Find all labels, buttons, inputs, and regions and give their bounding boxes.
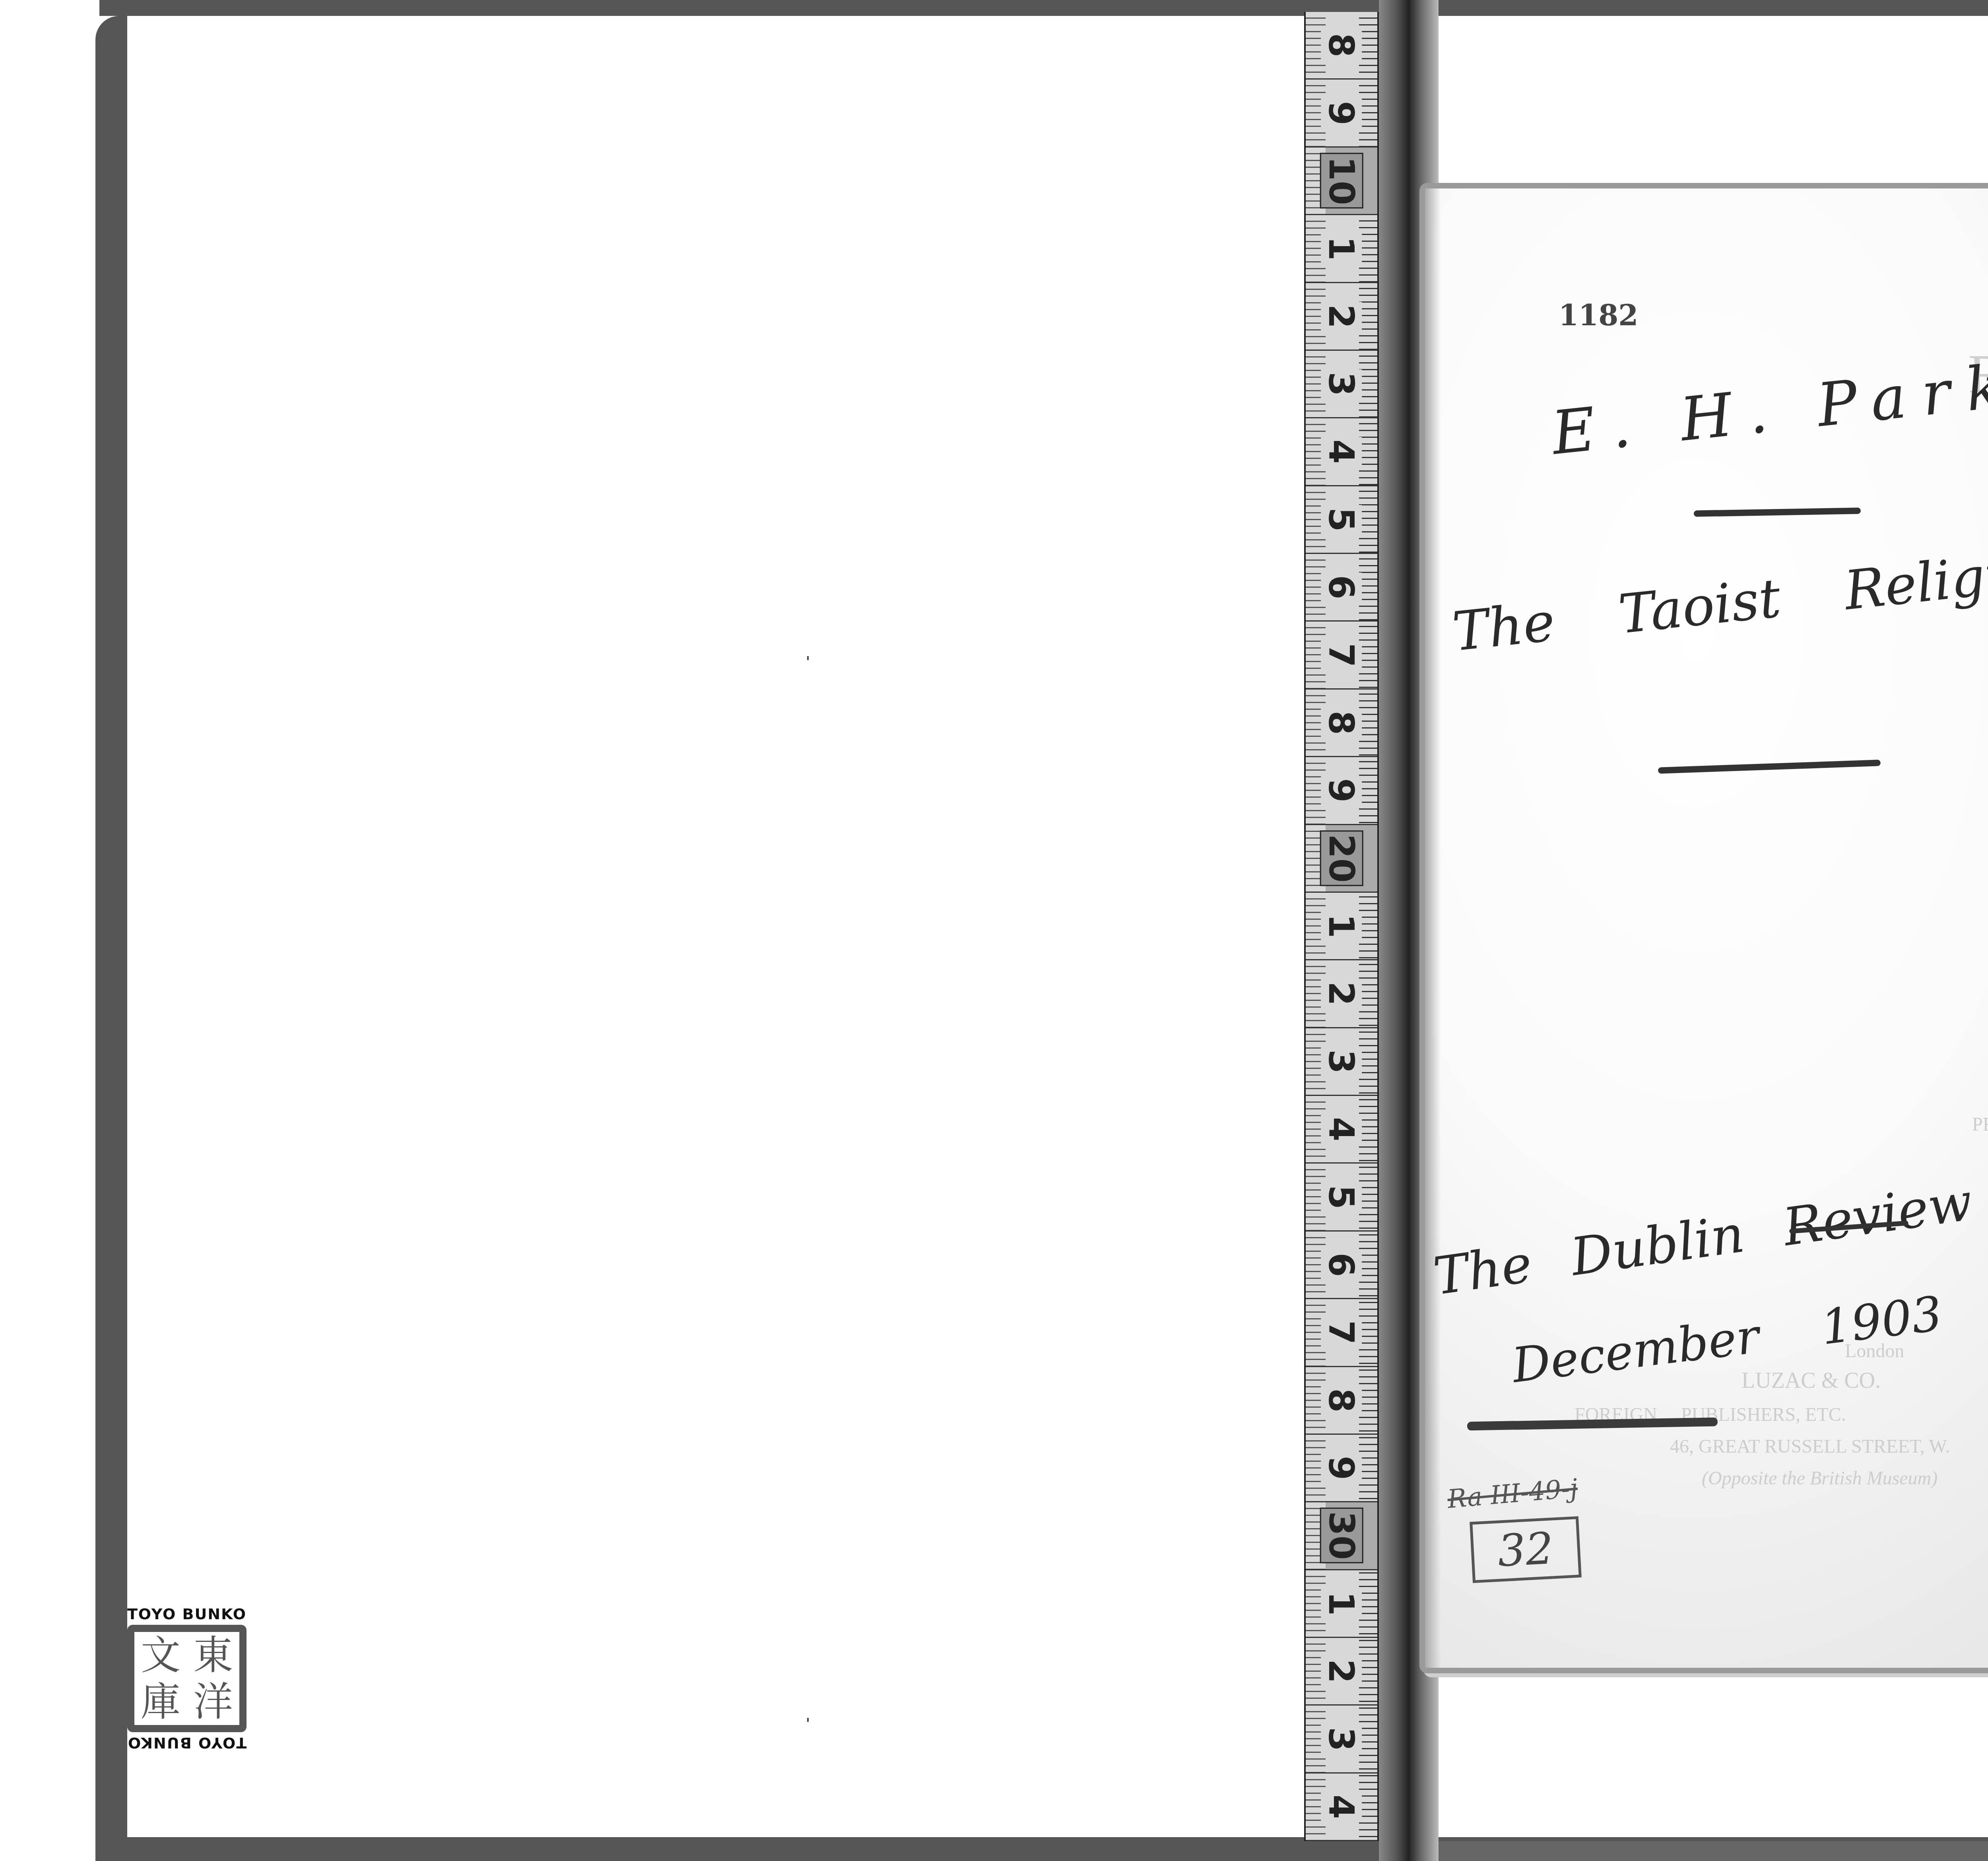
ruler-number: 7 bbox=[1321, 1318, 1362, 1347]
ruler-number: 1 bbox=[1321, 911, 1362, 940]
ruler-number: 8 bbox=[1321, 1386, 1362, 1415]
stamp-label-bottom: TOYO BUNKO bbox=[127, 1735, 247, 1750]
ruler-mark: 30 bbox=[1306, 1502, 1377, 1570]
ruler-number: 10 bbox=[1320, 153, 1363, 208]
ruler-mark: 8 bbox=[1306, 1367, 1377, 1435]
left-blank-page bbox=[131, 16, 1304, 1833]
ruler-number: 2 bbox=[1321, 302, 1362, 331]
ruler-mark: 1 bbox=[1306, 1570, 1377, 1638]
ruler-number: 9 bbox=[1321, 98, 1362, 127]
ruler-number: 8 bbox=[1321, 708, 1362, 737]
ruler-mark: 7 bbox=[1306, 1299, 1377, 1367]
ruler-mark: 1 bbox=[1306, 893, 1377, 960]
ruler-mark: 4 bbox=[1306, 1096, 1377, 1164]
ruler-number: 2 bbox=[1321, 979, 1362, 1008]
ruler-mark: 2 bbox=[1306, 960, 1377, 1028]
measuring-ruler: 891012345678920123456789301234 bbox=[1304, 12, 1379, 1841]
scan-border-bottom-right bbox=[1423, 1841, 1988, 1861]
faint-printed-publisher: LUZAC & CO. bbox=[1741, 1368, 1881, 1393]
ruler-number: 4 bbox=[1321, 437, 1362, 466]
ruler-number: 3 bbox=[1321, 369, 1362, 398]
ruler-mark: 3 bbox=[1306, 1706, 1377, 1773]
ruler-mark: 9 bbox=[1306, 1435, 1377, 1502]
ruler-number: 6 bbox=[1321, 573, 1362, 602]
ruler-number: 9 bbox=[1321, 776, 1362, 805]
ruler-number: 6 bbox=[1321, 1250, 1362, 1279]
ruler-mark: 5 bbox=[1306, 486, 1377, 554]
ruler-number: 5 bbox=[1321, 1182, 1362, 1211]
cover-edge-shadow bbox=[1425, 188, 1441, 1668]
ruler-mark: 10 bbox=[1306, 148, 1377, 215]
ruler-mark: 2 bbox=[1306, 283, 1377, 351]
ruler-mark: 1 bbox=[1306, 215, 1377, 283]
ruler-number: 8 bbox=[1321, 31, 1362, 60]
scan-border-top bbox=[99, 0, 1988, 16]
ruler-mark: 9 bbox=[1306, 80, 1377, 147]
ruler-number: 30 bbox=[1320, 1508, 1363, 1564]
ruler-mark: 4 bbox=[1306, 418, 1377, 486]
accession-number: 1182 bbox=[1559, 298, 1638, 332]
ruler-mark: 6 bbox=[1306, 1232, 1377, 1299]
scan-border-left bbox=[95, 16, 127, 1853]
ruler-mark: 9 bbox=[1306, 757, 1377, 825]
paper-speck bbox=[807, 656, 809, 660]
ruler-number: 2 bbox=[1321, 1657, 1362, 1686]
faint-printed-address-note: (Opposite the British Museum) bbox=[1702, 1467, 1938, 1489]
seal-char: 庫 bbox=[141, 1682, 181, 1722]
paper-speck bbox=[807, 1718, 809, 1722]
ruler-number: 4 bbox=[1321, 1115, 1362, 1144]
toyo-bunko-seal-icon: 東 洋 文 庫 bbox=[127, 1625, 247, 1732]
ruler-mark: 6 bbox=[1306, 554, 1377, 622]
ruler-mark: 7 bbox=[1306, 622, 1377, 689]
ruler-mark: 3 bbox=[1306, 1028, 1377, 1096]
ruler-number: 3 bbox=[1321, 1724, 1362, 1753]
faint-printed-address: 46, GREAT RUSSELL STREET, W. bbox=[1670, 1436, 1950, 1457]
ruler-mark: 3 bbox=[1306, 351, 1377, 418]
ruler-mark: 8 bbox=[1306, 690, 1377, 757]
ruler-mark: 5 bbox=[1306, 1164, 1377, 1231]
seal-char: 洋 bbox=[193, 1682, 233, 1722]
ruler-mark: 20 bbox=[1306, 825, 1377, 893]
ruler-number: 20 bbox=[1320, 830, 1363, 886]
ruler-mark: 4 bbox=[1306, 1774, 1377, 1841]
ruler-number: 7 bbox=[1321, 640, 1362, 669]
seal-char: 文 bbox=[141, 1636, 181, 1675]
ruler-number: 1 bbox=[1321, 234, 1362, 263]
ruler-number: 5 bbox=[1321, 505, 1362, 534]
ruler-number: 4 bbox=[1321, 1792, 1362, 1821]
stamp-label-top: TOYO BUNKO bbox=[127, 1607, 247, 1622]
ruler-number: 9 bbox=[1321, 1453, 1362, 1482]
ruler-number: 3 bbox=[1321, 1047, 1362, 1076]
ruler-number: 1 bbox=[1321, 1589, 1362, 1618]
ruler-mark: 8 bbox=[1306, 12, 1377, 80]
seal-char: 東 bbox=[193, 1636, 233, 1675]
toyo-bunko-stamp: TOYO BUNKO 東 洋 文 庫 TOYO BUNKO bbox=[123, 1607, 250, 1750]
ruler-mark: 2 bbox=[1306, 1638, 1377, 1706]
faint-printed-price: PRICE 1s. 6d. bbox=[1972, 1113, 1988, 1135]
call-number-boxed: 32 bbox=[1470, 1516, 1582, 1583]
